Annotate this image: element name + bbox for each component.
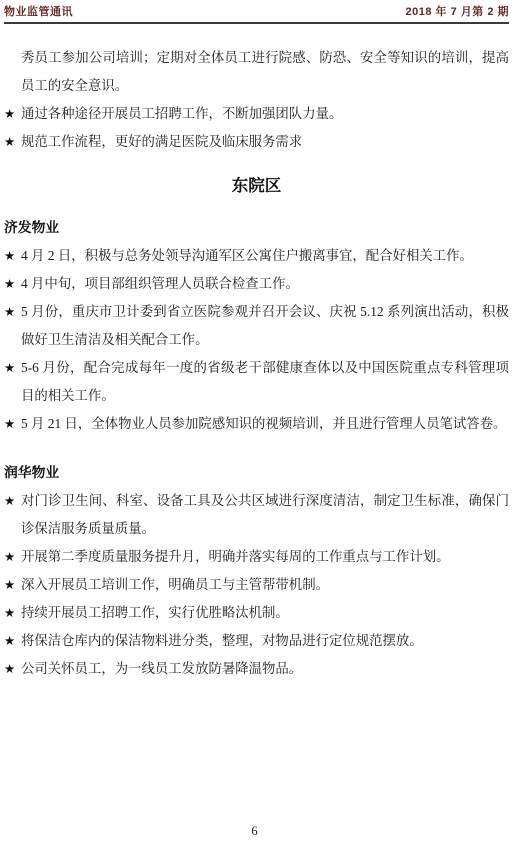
list-item: ★ 深入开展员工培训工作，明确员工与主管帮带机制。 <box>4 571 509 599</box>
list-item: ★ 5 月 21 日，全体物业人员参加院感知识的视频培训，并且进行管理人员笔试答… <box>4 410 509 438</box>
intro-bullet-item: ★ 规范工作流程，更好的满足医院及临床服务需求 <box>4 128 509 156</box>
list-item: ★ 将保洁仓库内的保洁物料进分类，整理，对物品进行定位规范摆放。 <box>4 627 509 655</box>
star-bullet-icon: ★ <box>4 487 21 515</box>
list-item: ★ 5 月份，重庆市卫计委到省立医院参观并召开会议、庆祝 5.12 系列演出活动… <box>4 298 509 354</box>
star-bullet-icon: ★ <box>4 571 21 599</box>
bullet-text: 4 月 2 日，积极与总务处领导沟通军区公寓住户搬离事宜，配合好相关工作。 <box>21 242 509 270</box>
star-bullet-icon: ★ <box>4 655 21 683</box>
bullet-text: 公司关怀员工，为一线员工发放防暑降温物品。 <box>21 655 509 683</box>
star-bullet-icon: ★ <box>4 599 21 627</box>
list-item: ★ 持续开展员工招聘工作，实行优胜略汰机制。 <box>4 599 509 627</box>
page-header: 物业监管通讯 2018 年 7 月第 2 期 <box>4 3 509 24</box>
issue-label: 2018 年 7 月第 2 期 <box>406 3 510 19</box>
bullet-text: 5-6 月份，配合完成每年一度的省级老干部健康查体以及中国医院重点专科管理项目的… <box>21 354 509 410</box>
star-bullet-icon: ★ <box>4 354 21 382</box>
subsection-heading: 润华物业 <box>4 459 509 487</box>
list-item: ★ 对门诊卫生间、科室、设备工具及公共区域进行深度清洁，制定卫生标准，确保门诊保… <box>4 487 509 543</box>
intro-continuation-paragraph: 秀员工参加公司培训；定期对全体员工进行院感、防恐、安全等知识的培训，提高员工的安… <box>21 44 509 100</box>
bullet-text: 持续开展员工招聘工作，实行优胜略汰机制。 <box>21 599 509 627</box>
star-bullet-icon: ★ <box>4 627 21 655</box>
list-item: ★ 5-6 月份，配合完成每年一度的省级老干部健康查体以及中国医院重点专科管理项… <box>4 354 509 410</box>
page-content: 秀员工参加公司培训；定期对全体员工进行院感、防恐、安全等知识的培训，提高员工的安… <box>4 44 509 683</box>
star-bullet-icon: ★ <box>4 128 21 156</box>
bullet-text: 规范工作流程，更好的满足医院及临床服务需求 <box>21 128 509 156</box>
bullet-text: 将保洁仓库内的保洁物料进分类，整理，对物品进行定位规范摆放。 <box>21 627 509 655</box>
page-number: 6 <box>0 824 509 839</box>
bullet-text: 5 月份，重庆市卫计委到省立医院参观并召开会议、庆祝 5.12 系列演出活动，积… <box>21 298 509 354</box>
bullet-text: 对门诊卫生间、科室、设备工具及公共区域进行深度清洁，制定卫生标准，确保门诊保洁服… <box>21 487 509 543</box>
section-heading-east-campus: 东院区 <box>4 174 509 198</box>
star-bullet-icon: ★ <box>4 543 21 571</box>
list-item: ★ 4 月 2 日，积极与总务处领导沟通军区公寓住户搬离事宜，配合好相关工作。 <box>4 242 509 270</box>
list-item: ★ 公司关怀员工，为一线员工发放防暑降温物品。 <box>4 655 509 683</box>
list-item: ★ 4 月中旬，项目部组织管理人员联合检查工作。 <box>4 270 509 298</box>
intro-bullet-item: ★ 通过各种途径开展员工招聘工作，不断加强团队力量。 <box>4 100 509 128</box>
star-bullet-icon: ★ <box>4 410 21 438</box>
star-bullet-icon: ★ <box>4 100 21 128</box>
list-item: ★ 开展第二季度质量服务提升月，明确并落实每周的工作重点与工作计划。 <box>4 543 509 571</box>
bullet-text: 开展第二季度质量服务提升月，明确并落实每周的工作重点与工作计划。 <box>21 543 509 571</box>
document-page: 物业监管通讯 2018 年 7 月第 2 期 秀员工参加公司培训；定期对全体员工… <box>0 0 523 848</box>
subsection-runhua-property: 润华物业 ★ 对门诊卫生间、科室、设备工具及公共区域进行深度清洁，制定卫生标准，… <box>4 459 509 683</box>
star-bullet-icon: ★ <box>4 270 21 298</box>
bullet-text: 深入开展员工培训工作，明确员工与主管帮带机制。 <box>21 571 509 599</box>
star-bullet-icon: ★ <box>4 242 21 270</box>
star-bullet-icon: ★ <box>4 298 21 326</box>
newsletter-title: 物业监管通讯 <box>4 3 73 19</box>
bullet-text: 通过各种途径开展员工招聘工作，不断加强团队力量。 <box>21 100 509 128</box>
bullet-text: 5 月 21 日，全体物业人员参加院感知识的视频培训，并且进行管理人员笔试答卷。 <box>21 410 509 438</box>
subsection-jifa-property: 济发物业 ★ 4 月 2 日，积极与总务处领导沟通军区公寓住户搬离事宜，配合好相… <box>4 214 509 438</box>
subsection-heading: 济发物业 <box>4 214 509 242</box>
bullet-text: 4 月中旬，项目部组织管理人员联合检查工作。 <box>21 270 509 298</box>
